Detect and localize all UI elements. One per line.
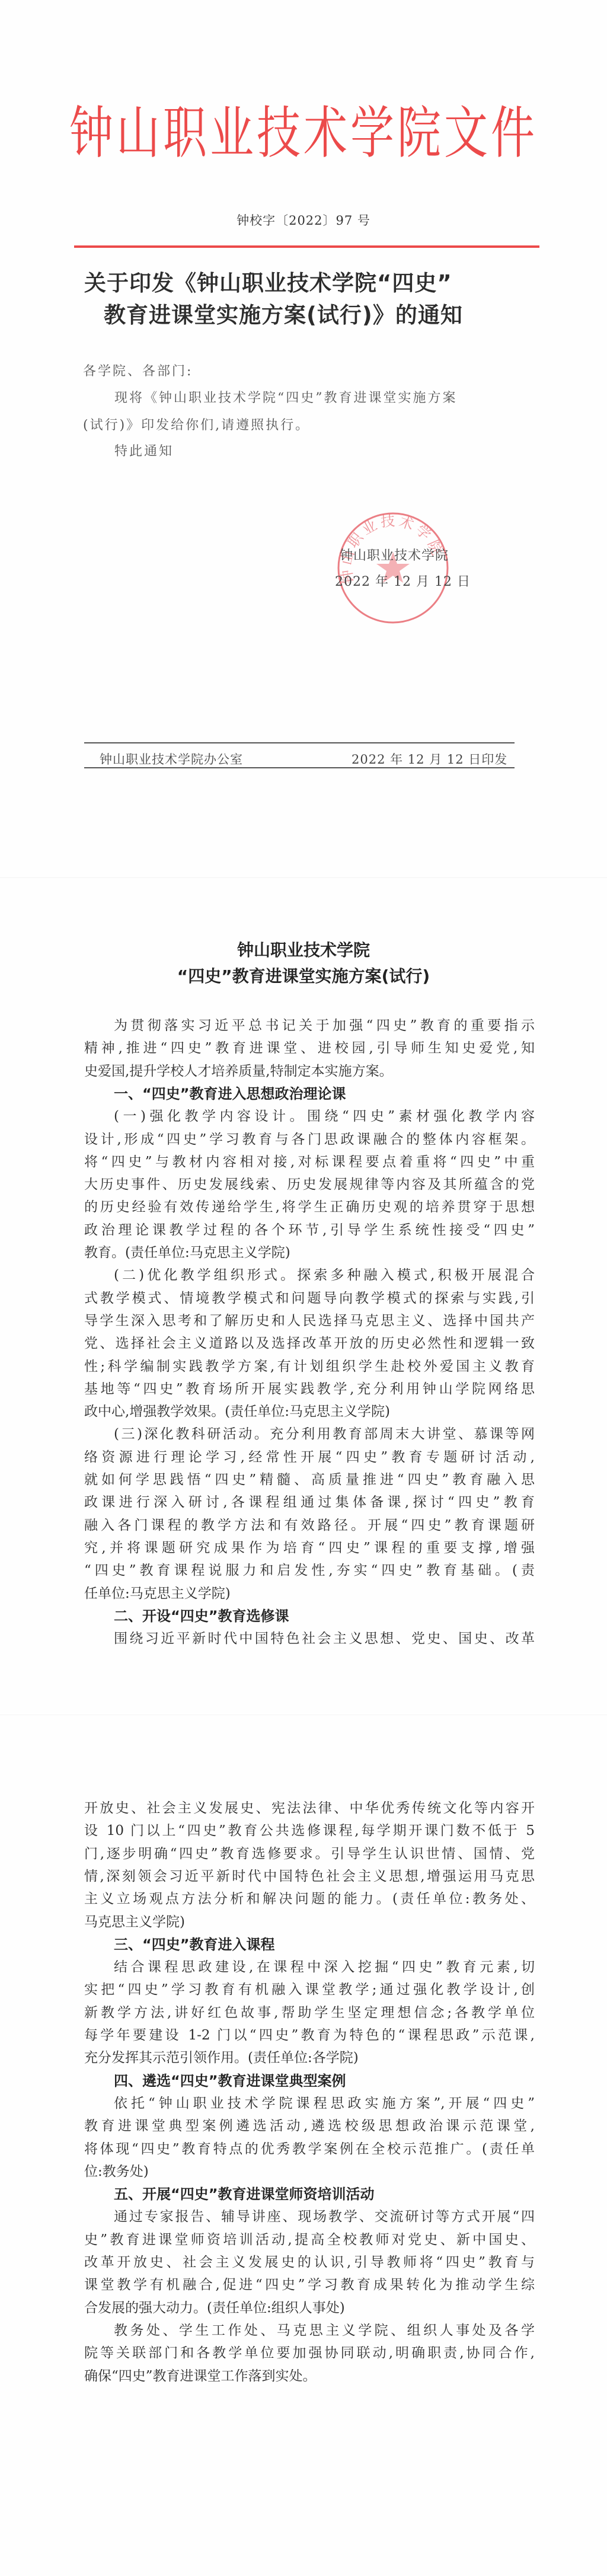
- section-heading: 三、“四史”教育进入课程: [114, 1936, 564, 1953]
- body-line: 的历史经验有效传递给学生,将学生正确历史观的培养贯穿于思想: [84, 1198, 535, 1216]
- section-heading: 二、开设“四史”教育选修课: [114, 1607, 564, 1625]
- body-line: 史”教育进课堂师资培训活动,提高全校教师对党史、新中国史、: [84, 2231, 535, 2249]
- body-line: 络资源进行理论学习,经常性开展“四史”教育专题研讨活动,: [84, 1448, 535, 1466]
- red-divider: [74, 245, 539, 248]
- body-line: 就如何学思践悟“四史”精髓、高质量推进“四史”教育融入思: [84, 1471, 535, 1489]
- body-line: 教育。(责任单位:马克思主义学院): [84, 1244, 535, 1262]
- body-line: 每学年要建设 1-2 门以“四史”教育为特色的“课程思政”示范课,: [84, 2026, 535, 2044]
- body-line: 为贯彻落实习近平总书记关于加强“四史”教育的重要指示: [114, 1017, 535, 1035]
- notice-heading-line-1: 关于印发《钟山职业技术学院“四史”: [84, 270, 452, 296]
- body-line: 主义立场观点方法分析和解决问题的能力。(责任单位:教务处、: [84, 1890, 535, 1908]
- body-line: (三)深化教科研活动。充分利用教育部周末大讲堂、慕课等网: [114, 1425, 535, 1443]
- body-line: 究,并将课题研究成果作为培育“四史”课程的重要支撑,增强: [84, 1539, 535, 1557]
- body-line: (一)强化教学内容设计。围绕“四史”素材强化教学内容: [114, 1107, 535, 1125]
- body-line: 政课进行深入研讨,各课程组通过集体备课,探讨“四史”教育: [84, 1493, 535, 1511]
- body-line: 新教学方法,讲好红色故事,帮助学生坚定理想信念;各教学单位: [84, 2004, 535, 2022]
- body-line: 将“四史”与教材内容相对接,对标课程要点着重将“四史”中重: [84, 1153, 535, 1171]
- notice-body-line-2: (试行)》印发给你们,请遵照执行。: [83, 417, 310, 434]
- body-line: 政治理论课教学过程的各个环节,引导学生系统性接受“四史”: [84, 1221, 535, 1239]
- body-line: 开放史、社会主义发展史、宪法法律、中华优秀传统文化等内容开: [84, 1799, 535, 1817]
- body-line: 位:教务处): [84, 2163, 535, 2181]
- signature-org: 钟山职业技术学院: [340, 548, 449, 564]
- footer-issuer: 钟山职业技术学院办公室: [100, 752, 243, 767]
- body-line: 实把“四史”学习教育有机融入课堂教学;通过强化教学设计,创: [84, 1981, 535, 1999]
- body-line: 史爱国,提升学校人才培养质量,特制定本实施方案。: [84, 1062, 535, 1080]
- plan-title-line-1: 钟山职业技术学院: [0, 940, 607, 961]
- body-line: 式教学模式、情境教学模式和问题导向教学模式的探索与实践,引: [84, 1289, 535, 1307]
- body-line: 依托“钟山职业技术学院课程思政实施方案”,开展“四史”: [114, 2095, 535, 2112]
- footer-issue-date: 2022 年 12 月 12 日印发: [352, 752, 507, 767]
- body-line: 基地等“四史”教育场所开展实践教学,充分利用钟山学院网络思: [84, 1380, 535, 1398]
- body-line: “四史”教育课程说服力和启发性,夯实“四史”教育基础。(责: [84, 1562, 535, 1579]
- body-line: 精神,推进“四史”教育进课堂、进校园,引导师生知史爱党,知: [84, 1039, 535, 1057]
- page-3: 开放史、社会主义发展史、宪法法律、中华优秀传统文化等内容开设 10 门以上“四史…: [0, 1715, 607, 2576]
- body-line: 党、选择社会主义道路以及选择改革开放的历史必然性和逻辑一致: [84, 1335, 535, 1352]
- section-heading: 一、“四史”教育进入思想政治理论课: [114, 1085, 564, 1103]
- document-number: 钟校字〔2022〕97 号: [0, 211, 607, 229]
- body-line: 设计,形成“四史”学习教育与各门思政课融合的整体内容框架。: [84, 1131, 535, 1148]
- body-line: 确保“四史”教育进课堂工作落到实处。: [84, 2367, 535, 2385]
- body-line: 门,逐步明确“四史”教育选修要求。引导学生认识世情、国情、党: [84, 1845, 535, 1863]
- body-line: 充分发挥其示范引领作用。(责任单位:各学院): [84, 2049, 535, 2067]
- official-seal-stamp: 钟山职业技术学院: [337, 512, 449, 624]
- body-line: 教育进课堂典型案例遴选活动,遴选校级思想政治课示范课堂,: [84, 2117, 535, 2135]
- salutation: 各学院、各部门:: [83, 363, 193, 380]
- body-line: 情,深刻领会习近平新时代中国特色社会主义思想,增强运用马克思: [84, 1868, 535, 1885]
- plan-title-line-2: “四史”教育进课堂实施方案(试行): [0, 966, 607, 987]
- body-line: 将体现“四史”教育特点的优秀教学案例在全校示范推广。(责任单: [84, 2140, 535, 2158]
- body-line: (二)优化教学组织形式。探索多种融入模式,积极开展混合: [114, 1266, 535, 1284]
- body-line: 大历史事件、历史发展线索、历史发展规律等内容及其所蕴含的党: [84, 1176, 535, 1193]
- body-line: 融入各门课程的教学方法和有效路径。开展“四史”教育课题研: [84, 1517, 535, 1534]
- page-1: 钟山职业技术学院文件 钟校字〔2022〕97 号 关于印发《钟山职业技术学院“四…: [0, 0, 607, 877]
- body-line: 任单位:马克思主义学院): [84, 1585, 535, 1603]
- page-2: 钟山职业技术学院 “四史”教育进课堂实施方案(试行) 为贯彻落实习近平总书记关于…: [0, 878, 607, 1714]
- body-line: 导学生深入思考和了解历史和人民选择马克思主义、选择中国共产: [84, 1312, 535, 1330]
- body-line: 院等关联部门和各教学单位要加强协同联动,明确职责,协同合作,: [84, 2344, 535, 2362]
- section-heading: 四、遴选“四史”教育进课堂典型案例: [114, 2072, 564, 2090]
- red-header-title: 钟山职业技术学院文件: [69, 92, 538, 175]
- body-line: 围绕习近平新时代中国特色社会主义思想、党史、国史、改革: [114, 1630, 535, 1648]
- notice-heading-line-2: 教育进课堂实施方案(试行)》的通知: [104, 302, 463, 328]
- body-line: 合发展的强大动力。(责任单位:组织人事处): [84, 2299, 535, 2317]
- body-line: 改革开放史、社会主义发展史的认识,引导教师将“四史”教育与: [84, 2253, 535, 2271]
- body-line: 课堂教学有机融合,促进“四史”学习教育成果转化为推动学生综: [84, 2276, 535, 2294]
- body-line: 通过专家报告、辅导讲座、现场教学、交流研讨等方式开展“四: [114, 2208, 535, 2226]
- notice-body-line-1: 现将《钟山职业技术学院“四史”教育进课堂实施方案: [114, 390, 458, 407]
- body-line: 教务处、学生工作处、马克思主义学院、组织人事处及各学: [114, 2322, 535, 2339]
- body-line: 设 10 门以上“四史”教育公共选修课程,每学期开课门数不低于 5: [84, 1822, 535, 1840]
- footer-rule-top: [84, 742, 515, 743]
- body-line: 性;科学编制实践教学方案,有计划组织学生赴校外爱国主义教育: [84, 1358, 535, 1375]
- body-line: 结合课程思政建设,在课程中深入挖掘“四史”教育元素,切: [114, 1958, 535, 1976]
- body-line: 政中心,增强教学效果。(责任单位:马克思主义学院): [84, 1403, 535, 1421]
- closing: 特此通知: [114, 443, 174, 460]
- signature-date: 2022 年 12 月 12 日: [335, 574, 471, 590]
- body-line: 马克思主义学院): [84, 1913, 535, 1931]
- footer-rule-bottom: [84, 767, 515, 768]
- section-heading: 五、开展“四史”教育进课堂师资培训活动: [114, 2185, 564, 2203]
